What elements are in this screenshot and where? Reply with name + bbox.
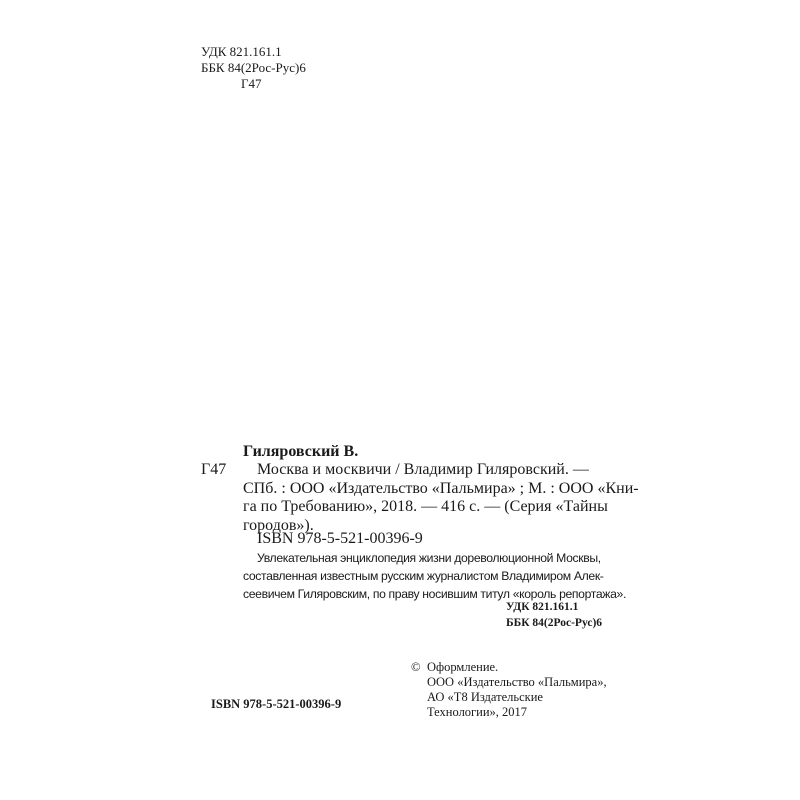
card-isbn: ISBN 978-5-521-00396-9 bbox=[257, 530, 423, 548]
bbk-code: ББК 84(2Рос-Рус)6 bbox=[201, 60, 306, 76]
copyright-line: ООО «Издательство «Пальмира», bbox=[427, 675, 607, 690]
card-author: Гиляровский В. bbox=[243, 443, 358, 461]
card-description: Москва и москвичи / Владимир Гиляровский… bbox=[243, 461, 608, 535]
isbn-bottom: ISBN 978-5-521-00396-9 bbox=[211, 696, 341, 712]
copyright-line: АО «Т8 Издательские bbox=[427, 690, 607, 705]
udk-code: УДК 821.161.1 bbox=[201, 44, 306, 60]
annotation-line: Увлекательная энциклопедия жизни доревол… bbox=[243, 549, 626, 567]
annotation: Увлекательная энциклопедия жизни доревол… bbox=[243, 549, 626, 603]
author-mark: Г47 bbox=[201, 76, 306, 92]
card-line: СПб. : ООО «Издательство «Пальмира» ; М.… bbox=[243, 480, 608, 499]
card-author-mark: Г47 bbox=[201, 461, 226, 479]
copyright-block: © Оформление. ООО «Издательство «Пальмир… bbox=[411, 660, 607, 720]
right-classification-codes: УДК 821.161.1 ББК 84(2Рос-Рус)6 bbox=[506, 599, 602, 631]
annotation-line: составленная известным русским журналист… bbox=[243, 567, 626, 585]
udk-code-bold: УДК 821.161.1 bbox=[506, 599, 602, 615]
copyright-line: Оформление. bbox=[427, 660, 607, 675]
card-line: га по Требованию», 2018. — 416 с. — (Сер… bbox=[243, 498, 608, 517]
copyright-line: Технологии», 2017 bbox=[427, 705, 607, 720]
copyright-icon: © bbox=[411, 660, 421, 675]
top-classification-codes: УДК 821.161.1 ББК 84(2Рос-Рус)6 Г47 bbox=[201, 44, 306, 92]
card-line: Москва и москвичи / Владимир Гиляровский… bbox=[243, 461, 608, 480]
bbk-code-bold: ББК 84(2Рос-Рус)6 bbox=[506, 615, 602, 631]
